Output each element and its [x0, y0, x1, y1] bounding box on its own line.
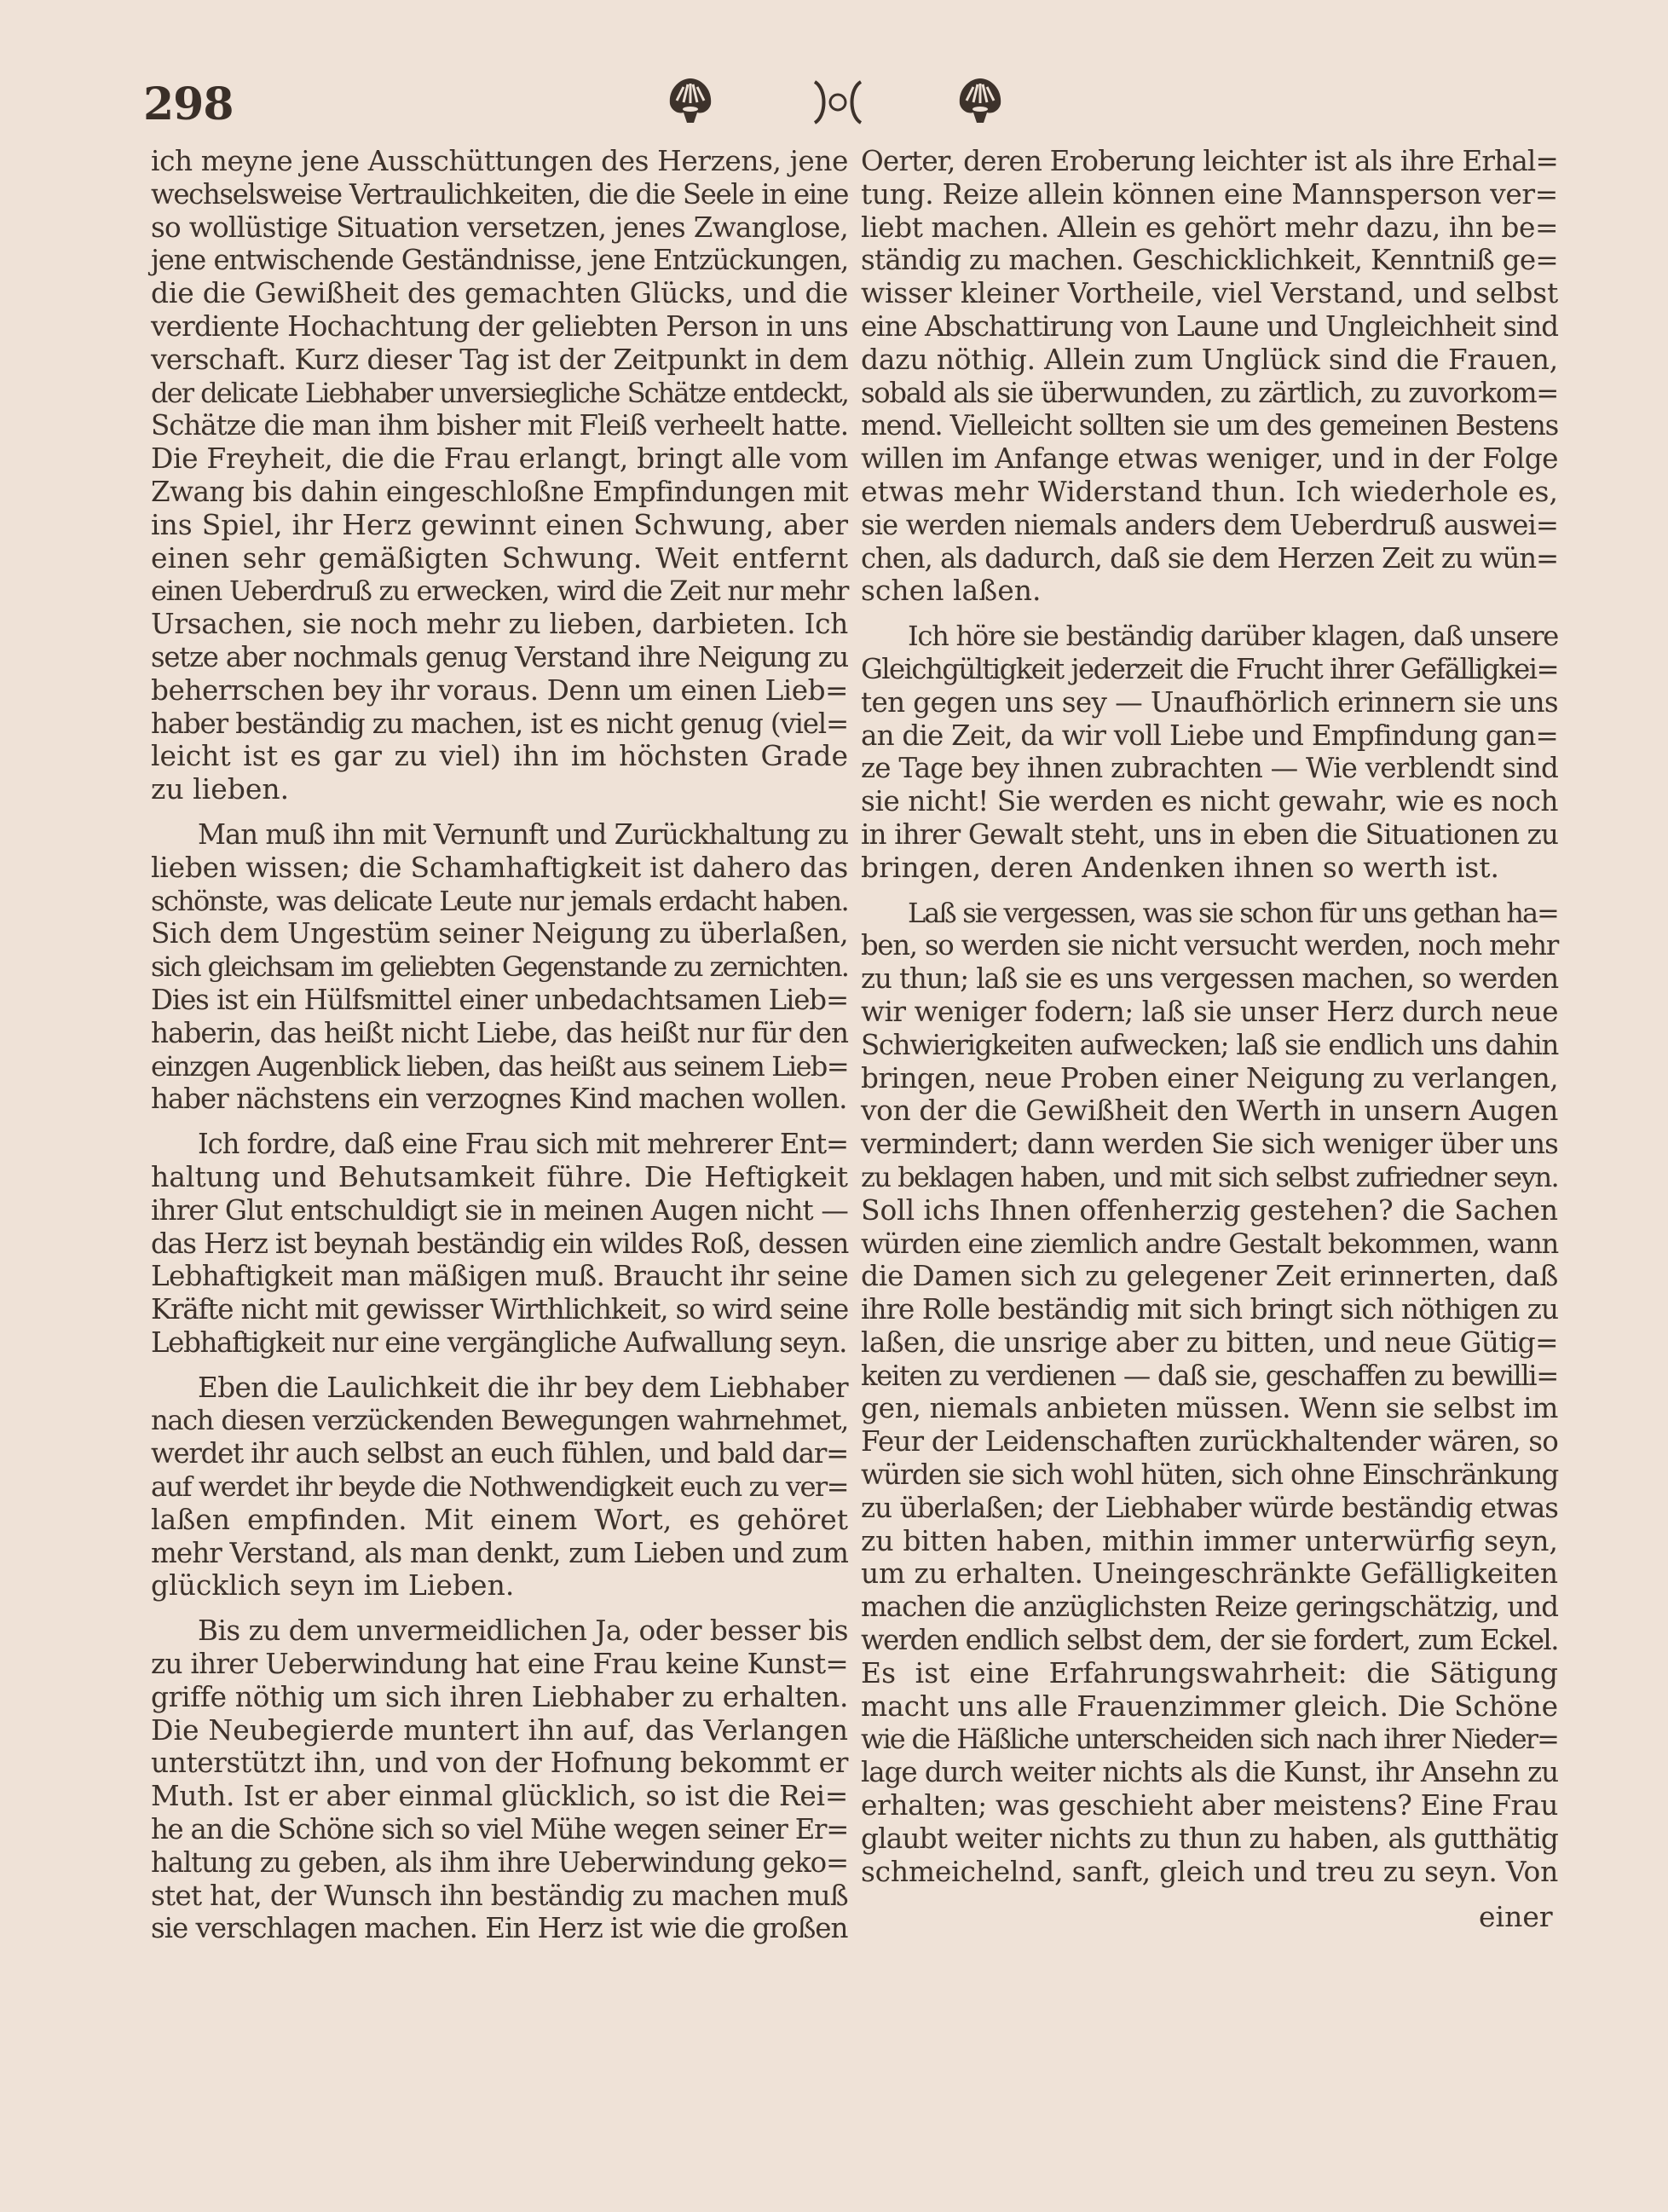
- text-line: Sich dem Ungestüm seiner Neigung zu über…: [151, 917, 848, 950]
- text-line: Gleichgültigkeit jederzeit die Frucht ih…: [861, 653, 1558, 686]
- text-line: lage durch weiter nichts als die Kunst, …: [861, 1756, 1558, 1789]
- text-line: vermindert; dann werden Sie sich weniger…: [861, 1128, 1558, 1161]
- text-line: auf werdet ihr beyde die Nothwendigkeit …: [151, 1470, 848, 1504]
- text-line: haberin, das heißt nicht Liebe, das heiß…: [151, 1017, 848, 1050]
- text-line: Ursachen, sie noch mehr zu lieben, darbi…: [151, 608, 848, 641]
- text-line: ben, so werden sie nicht versucht werden…: [861, 929, 1558, 962]
- text-line: der delicate Liebhaber unversiegliche Sc…: [151, 377, 848, 410]
- text-line: bringen, neue Proben einer Neigung zu ve…: [861, 1062, 1558, 1095]
- text-line: Lebhaftigkeit nur eine vergängliche Aufw…: [151, 1326, 848, 1360]
- text-line: Bis zu dem unvermeidlichen Ja, oder bess…: [151, 1614, 848, 1648]
- text-line: willen im Anfange etwas weniger, und in …: [861, 442, 1558, 476]
- text-line: wie die Häßliche unterscheiden sich nach…: [861, 1723, 1558, 1756]
- text-line: griffe nöthig um sich ihren Liebhaber zu…: [151, 1681, 848, 1714]
- text-line: wisser kleiner Vortheile, viel Verstand,…: [861, 277, 1558, 310]
- paragraph: Bis zu dem unvermeidlichen Ja, oder bess…: [151, 1614, 848, 1945]
- text-line: lieben wissen; die Schamhaftigkeit ist d…: [151, 852, 848, 885]
- text-line: würden eine ziemlich andre Gestalt bekom…: [861, 1227, 1558, 1261]
- text-line: ständig zu machen. Geschicklichkeit, Ken…: [861, 244, 1558, 277]
- text-line: setze aber nochmals genug Verstand ihre …: [151, 641, 848, 674]
- paragraph-gap: [151, 1360, 848, 1372]
- text-line: haber nächstens ein verzognes Kind mache…: [151, 1083, 848, 1116]
- text-line: Schwierigkeiten aufwecken; laß sie endli…: [861, 1029, 1558, 1062]
- text-line: machen die anzüglichsten Reize geringsch…: [861, 1591, 1558, 1624]
- text-line: ihre Rolle beständig mit sich bringt sic…: [861, 1293, 1558, 1326]
- text-line: nach diesen verzückenden Bewegungen wahr…: [151, 1404, 848, 1437]
- text-line: chen, als dadurch, daß sie dem Herzen Ze…: [861, 542, 1558, 575]
- text-line: einen Ueberdruß zu erwecken, wird die Ze…: [151, 575, 848, 608]
- text-line: beherrschen bey ihr voraus. Denn um eine…: [151, 674, 848, 707]
- text-line: etwas mehr Widerstand thun. Ich wiederho…: [861, 476, 1558, 509]
- text-line: einzgen Augenblick lieben, das heißt aus…: [151, 1050, 848, 1083]
- text-line: zu ihrer Ueberwindung hat eine Frau kein…: [151, 1648, 848, 1681]
- right-column: Oerter, deren Eroberung leichter ist als…: [861, 145, 1558, 1888]
- text-line: Die Freyheit, die die Frau erlangt, brin…: [151, 442, 848, 476]
- paragraph: Oerter, deren Eroberung leichter ist als…: [861, 145, 1558, 608]
- text-line: in ihrer Gewalt steht, uns in eben die S…: [861, 818, 1558, 852]
- text-line: Muth. Ist er aber einmal glücklich, so i…: [151, 1780, 848, 1813]
- catchword: einer: [1479, 1901, 1553, 1933]
- text-line: sie verschlagen machen. Ein Herz ist wie…: [151, 1912, 848, 1945]
- text-line: ins Spiel, ihr Herz gewinnt einen Schwun…: [151, 509, 848, 542]
- text-line: Kräfte nicht mit gewisser Wirthlichkeit,…: [151, 1293, 848, 1326]
- shell-ornament-icon: [665, 75, 716, 130]
- text-line: Laß sie vergessen, was sie schon für uns…: [861, 897, 1558, 930]
- text-line: ten gegen uns sey — Unaufhörlich erinner…: [861, 686, 1558, 719]
- text-line: laßen empfinden. Mit einem Wort, es gehö…: [151, 1504, 848, 1537]
- text-line: mend. Vielleicht sollten sie um des geme…: [861, 409, 1558, 442]
- text-line: eine Abschattirung von Laune und Ungleic…: [861, 310, 1558, 344]
- text-line: leicht ist es gar zu viel) ihn im höchst…: [151, 740, 848, 773]
- text-line: werden endlich selbst dem, der sie forde…: [861, 1624, 1558, 1657]
- text-line: von der die Gewißheit den Werth in unser…: [861, 1094, 1558, 1128]
- paragraph: Man muß ihn mit Vernunft und Zurückhaltu…: [151, 818, 848, 1116]
- text-line: mehr Verstand, als man denkt, zum Lieben…: [151, 1537, 848, 1570]
- text-line: verschaft. Kurz dieser Tag ist der Zeitp…: [151, 344, 848, 377]
- text-line: verdiente Hochachtung der geliebten Pers…: [151, 310, 848, 344]
- text-line: glaubt weiter nichts zu thun zu haben, a…: [861, 1822, 1558, 1856]
- text-line: zu lieben.: [151, 773, 848, 806]
- text-line: keiten zu verdienen — daß sie, geschaffe…: [861, 1360, 1558, 1393]
- text-line: Lebhaftigkeit man mäßigen muß. Braucht i…: [151, 1260, 848, 1293]
- paragraph: Laß sie vergessen, was sie schon für uns…: [861, 897, 1558, 1889]
- text-line: liebt machen. Allein es gehört mehr dazu…: [861, 211, 1558, 245]
- text-line: sie werden niemals anders dem Ueberdruß …: [861, 509, 1558, 542]
- text-line: einen sehr gemäßigten Schwung. Weit entf…: [151, 542, 848, 575]
- text-line: haltung zu geben, als ihm ihre Ueberwind…: [151, 1846, 848, 1880]
- text-line: die die Gewißheit des gemachten Glücks, …: [151, 277, 848, 310]
- text-line: Ich höre sie beständig darüber klagen, d…: [861, 620, 1558, 653]
- text-line: Es ist eine Erfahrungswahrheit: die Säti…: [861, 1657, 1558, 1690]
- text-line: he an die Schöne sich so viel Mühe wegen…: [151, 1813, 848, 1846]
- bracket-circle-ornament-icon: [808, 78, 868, 130]
- text-line: wechselsweise Vertraulichkeiten, die die…: [151, 178, 848, 211]
- text-line: ich meyne jene Ausschüttungen des Herzen…: [151, 145, 848, 178]
- text-line: glücklich seyn im Lieben.: [151, 1569, 848, 1603]
- paragraph-gap: [861, 608, 1558, 620]
- paragraph-gap: [151, 1603, 848, 1614]
- shell-ornament-icon: [955, 75, 1006, 130]
- text-line: zu überlaßen; der Liebhaber würde bestän…: [861, 1492, 1558, 1525]
- text-line: Feur der Leidenschaften zurückhaltender …: [861, 1425, 1558, 1458]
- text-line: zu bitten haben, mithin immer unterwürfi…: [861, 1525, 1558, 1558]
- paragraph: Ich höre sie beständig darüber klagen, d…: [861, 620, 1558, 884]
- text-line: haltung und Behutsamkeit führe. Die Heft…: [151, 1161, 848, 1194]
- text-line: bringen, deren Andenken ihnen so werth i…: [861, 852, 1558, 885]
- text-line: die Damen sich zu gelegener Zeit erinner…: [861, 1260, 1558, 1293]
- text-line: dazu nöthig. Allein zum Unglück sind die…: [861, 344, 1558, 377]
- paragraph-gap: [151, 806, 848, 818]
- text-line: zu thun; laß sie es uns vergessen machen…: [861, 962, 1558, 996]
- paragraph-gap: [861, 885, 1558, 897]
- page-number: 298: [143, 78, 234, 130]
- text-line: Die Neubegierde muntert ihn auf, das Ver…: [151, 1714, 848, 1747]
- text-line: schönste, was delicate Leute nur jemals …: [151, 885, 848, 918]
- text-line: zu beklagen haben, und mit sich selbst z…: [861, 1161, 1558, 1194]
- text-line: macht uns alle Frauenzimmer gleich. Die …: [861, 1690, 1558, 1724]
- text-line: an die Zeit, da wir voll Liebe und Empfi…: [861, 719, 1558, 753]
- text-line: so wollüstige Situation versetzen, jenes…: [151, 211, 848, 245]
- text-line: erhalten; was geschieht aber meistens? E…: [861, 1789, 1558, 1822]
- paragraph: Eben die Laulichkeit die ihr bey dem Lie…: [151, 1372, 848, 1603]
- text-line: Schätze die man ihm bisher mit Fleiß ver…: [151, 409, 848, 442]
- text-line: um zu erhalten. Uneingeschränkte Gefälli…: [861, 1557, 1558, 1591]
- paragraph: ich meyne jene Ausschüttungen des Herzen…: [151, 145, 848, 806]
- text-line: tung. Reize allein können eine Mannspers…: [861, 178, 1558, 211]
- text-line: werdet ihr auch selbst an euch fühlen, u…: [151, 1437, 848, 1470]
- text-line: sie nicht! Sie werden es nicht gewahr, w…: [861, 785, 1558, 818]
- text-line: sich gleichsam im geliebten Gegenstande …: [151, 950, 848, 984]
- paragraph-gap: [151, 1116, 848, 1128]
- text-line: schen laßen.: [861, 575, 1558, 608]
- text-line: Eben die Laulichkeit die ihr bey dem Lie…: [151, 1372, 848, 1405]
- text-line: sobald als sie überwunden, zu zärtlich, …: [861, 377, 1558, 410]
- header-ornaments: [665, 75, 1006, 130]
- text-line: schmeichelnd, sanft, gleich und treu zu …: [861, 1856, 1558, 1889]
- text-line: gen, niemals anbieten müssen. Wenn sie s…: [861, 1392, 1558, 1425]
- left-column: ich meyne jene Ausschüttungen des Herzen…: [151, 145, 848, 1945]
- text-line: Dies ist ein Hülfsmittel einer unbedacht…: [151, 984, 848, 1017]
- text-line: das Herz ist beynah beständig ein wildes…: [151, 1227, 848, 1261]
- text-line: wir weniger fodern; laß sie unser Herz d…: [861, 996, 1558, 1029]
- text-line: haber beständig zu machen, ist es nicht …: [151, 707, 848, 741]
- text-line: würden sie sich wohl hüten, sich ohne Ei…: [861, 1458, 1558, 1492]
- text-line: Man muß ihn mit Vernunft und Zurückhaltu…: [151, 818, 848, 852]
- paragraph: Ich fordre, daß eine Frau sich mit mehre…: [151, 1128, 848, 1360]
- text-line: jene entwischende Geständnisse, jene Ent…: [151, 244, 848, 277]
- text-line: Soll ichs Ihnen offenherzig gestehen? di…: [861, 1194, 1558, 1227]
- text-line: unterstützt ihn, und von der Hofnung bek…: [151, 1747, 848, 1780]
- text-line: Zwang bis dahin eingeschloßne Empfindung…: [151, 476, 848, 509]
- text-line: ze Tage bey ihnen zubrachten — Wie verbl…: [861, 752, 1558, 785]
- text-line: ihrer Glut entschuldigt sie in meinen Au…: [151, 1194, 848, 1227]
- text-line: stet hat, der Wunsch ihn beständig zu ma…: [151, 1880, 848, 1913]
- text-line: Ich fordre, daß eine Frau sich mit mehre…: [151, 1128, 848, 1161]
- text-line: Oerter, deren Eroberung leichter ist als…: [861, 145, 1558, 178]
- text-line: laßen, die unsrige aber zu bitten, und n…: [861, 1326, 1558, 1360]
